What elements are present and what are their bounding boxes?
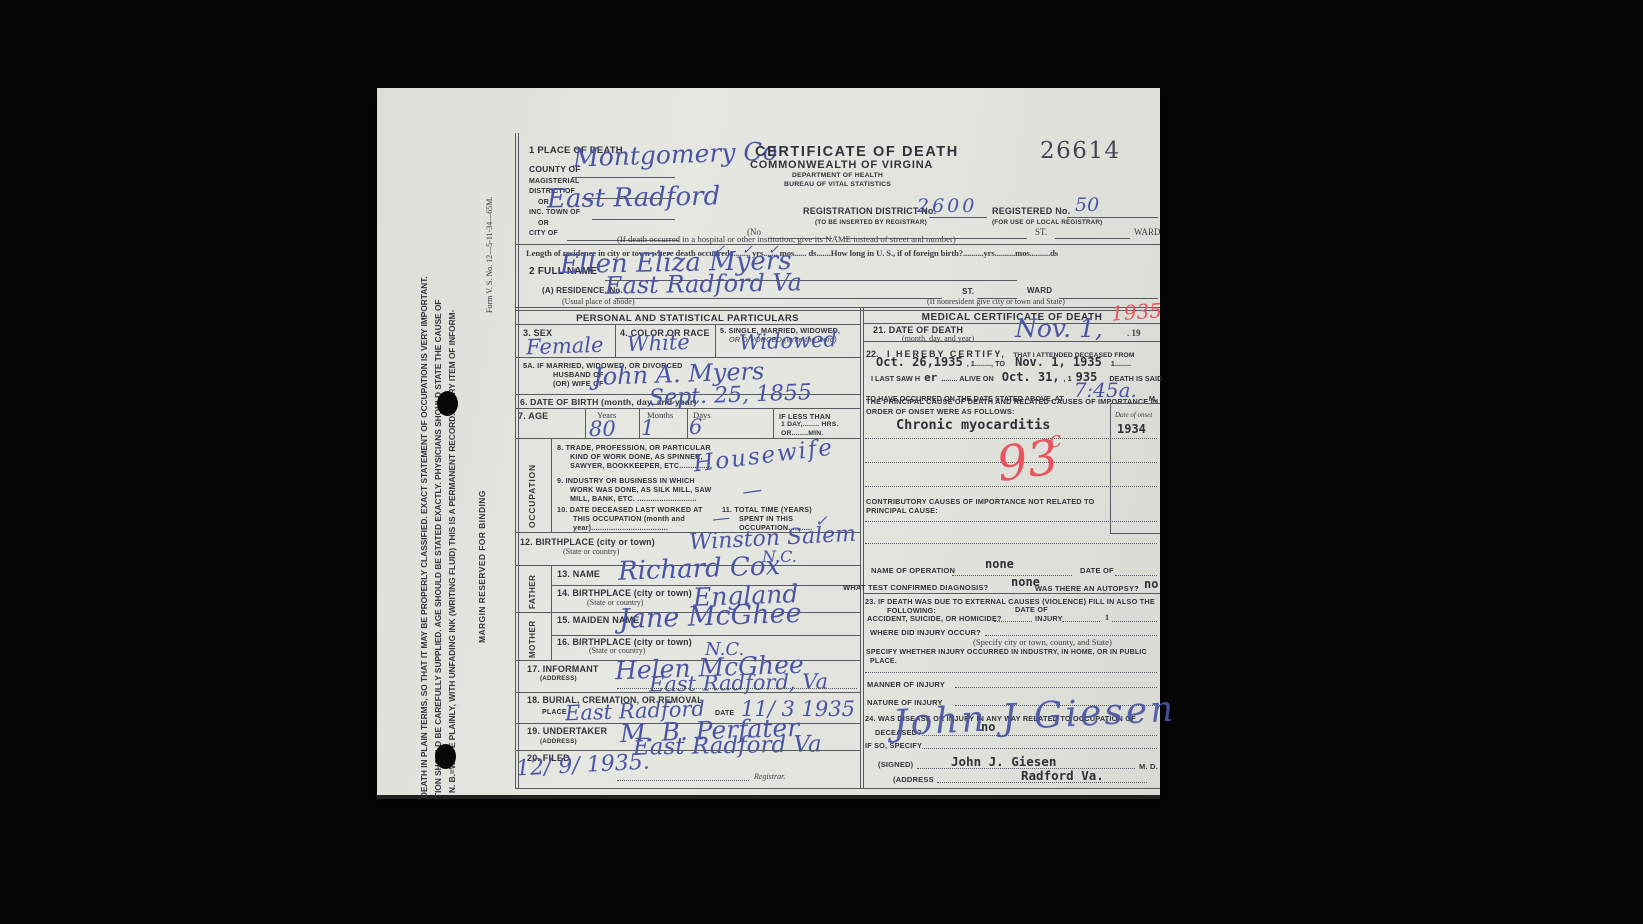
signed-value: John J. Giesen xyxy=(951,754,1056,769)
physician-signature-script: John J Giesen xyxy=(892,689,1177,745)
operation-label: NAME OF OPERATION xyxy=(871,566,955,575)
rule xyxy=(585,408,586,438)
trade-label-1: 8. TRADE, PROFESSION, OR PARTICULAR xyxy=(557,443,711,452)
rule xyxy=(551,565,552,612)
birthplace-note: (State or country) xyxy=(563,547,619,556)
last-worked-value-dash: — xyxy=(711,507,731,530)
hospital-note: (If death occurred in a hospital or othe… xyxy=(617,234,956,244)
mother-bp-note: (State or country) xyxy=(589,646,645,655)
cause-of-death-value: Chronic myocarditis xyxy=(896,417,1050,433)
margin-form-number: Form V. S. No. 12—5-11-34—65M. xyxy=(485,143,494,313)
trade-label-2: KIND OF WORK DONE, AS SPINNER, xyxy=(570,452,703,461)
if-less-label-2: 1 DAY,........ HRS. xyxy=(781,421,839,428)
rule xyxy=(1062,621,1100,622)
margin-nb-line1: N. B.=WRITE PLAINLY, WITH UNFADING INK (… xyxy=(447,288,457,793)
where-injury-note: (Specify city or town, county, and State… xyxy=(973,637,1112,647)
st-label: ST. xyxy=(1035,227,1047,237)
rule xyxy=(551,612,552,660)
age-months-value: 1 xyxy=(641,416,654,440)
death-certificate-scan: Form V. S. No. 12—5-11-34—65M. MARGIN RE… xyxy=(377,88,1160,795)
autopsy-value: no xyxy=(1144,577,1158,591)
total-time-label-1: 11. TOTAL TIME (YEARS) xyxy=(722,505,812,514)
rule xyxy=(572,177,675,178)
rule xyxy=(615,324,616,357)
operation-date-label: DATE OF xyxy=(1080,566,1114,575)
last-worked-label-3: year)................................... xyxy=(573,523,668,532)
father-name-label: 13. NAME xyxy=(557,569,600,579)
rule xyxy=(1115,575,1157,576)
contributory-label-2: PRINCIPAL CAUSE: xyxy=(866,506,938,515)
rule xyxy=(773,408,774,438)
father-vertical-label: FATHER xyxy=(528,569,537,609)
occupation-vertical-label: OCCUPATION xyxy=(527,444,537,528)
undertaker-label: 19. UNDERTAKER xyxy=(527,726,607,736)
specify-injury-label-1: SPECIFY WHETHER INJURY OCCURRED IN INDUS… xyxy=(866,649,1147,656)
registered-no-value: 50 xyxy=(1075,194,1099,216)
rule xyxy=(592,219,675,220)
maiden-name-value: Jane McGhee xyxy=(619,598,803,635)
principal-cause-label-1: THE PRINCIPAL CAUSE OF DEATH AND RELATED… xyxy=(866,397,1158,406)
race-value: White xyxy=(627,330,691,356)
registration-district-value: 2600 xyxy=(917,195,977,217)
rule xyxy=(687,408,688,438)
rule xyxy=(865,543,1157,544)
rule xyxy=(865,672,1157,673)
rule xyxy=(922,748,1157,749)
rule xyxy=(515,788,1160,789)
external-date-of-label: DATE OF xyxy=(1015,605,1048,614)
scan-background: Form V. S. No. 12—5-11-34—65M. MARGIN RE… xyxy=(0,0,1643,924)
rule xyxy=(515,307,1160,308)
onset-label: Date of onset xyxy=(1115,411,1152,419)
industry-label-3: MILL, BANK, ETC. .......................… xyxy=(570,494,697,503)
test-label: WHAT TEST CONFIRMED DIAGNOSIS? xyxy=(843,583,988,592)
bureau-line: BUREAU OF VITAL STATISTICS xyxy=(775,181,900,188)
rule xyxy=(551,438,552,532)
cause-code-sup-red: c xyxy=(1047,427,1063,453)
industry-value-dash: — xyxy=(740,477,763,504)
rule xyxy=(955,687,1157,688)
or-label-2: OR xyxy=(538,220,549,227)
rule xyxy=(843,238,1027,239)
attended-mid-label: , 1........, TO xyxy=(967,359,1005,368)
certificate-title: CERTIFICATE OF DEATH xyxy=(755,144,920,160)
rule xyxy=(515,357,860,358)
where-injury-label: WHERE DID INJURY OCCUR? xyxy=(870,628,981,637)
rule xyxy=(1055,238,1130,239)
trade-label-3: SAWYER, BOOKKEEPER, ETC............... xyxy=(570,461,712,470)
physician-address-label: (ADDRESS xyxy=(893,775,934,784)
industry-label-2: WORK WAS DONE, AS SILK MILL, SAW xyxy=(570,485,712,494)
rule xyxy=(518,133,519,788)
rule xyxy=(769,238,832,239)
rule xyxy=(515,324,860,325)
rule xyxy=(863,341,1160,342)
informant-address-label: (ADDRESS) xyxy=(540,675,577,682)
rule xyxy=(515,750,860,751)
rule xyxy=(617,780,749,781)
signed-label: (SIGNED) xyxy=(878,760,913,769)
punch-hole-top xyxy=(437,391,458,416)
sex-value: Female xyxy=(526,333,604,360)
md-label: M. D. xyxy=(1139,762,1158,771)
mother-vertical-label: MOTHER xyxy=(528,616,537,658)
residence-st-label: ST. xyxy=(962,287,974,296)
rule xyxy=(1110,403,1111,533)
attended-end-label: 1........ xyxy=(1111,359,1131,368)
age-label: 7. AGE xyxy=(518,411,548,421)
physician-address-value: Radford Va. xyxy=(1021,768,1104,783)
date-of-death-printed19: . 19 xyxy=(1127,328,1141,338)
personal-title: PERSONAL AND STATISTICAL PARTICULARS xyxy=(525,313,850,324)
last-worked-label-1: 10. DATE DECEASED LAST WORKED AT xyxy=(557,505,703,514)
last-worked-label-2: THIS OCCUPATION (month and xyxy=(573,514,685,523)
attended-to-value: Nov. 1, 1935 xyxy=(1015,355,1102,369)
rule xyxy=(865,521,1157,522)
date-of-death-value: Nov. 1, xyxy=(1015,314,1103,343)
rule xyxy=(1110,533,1160,534)
department-line: DEPARTMENT OF HEALTH xyxy=(775,172,900,179)
residence-value: East Radford Va xyxy=(605,268,802,299)
rule xyxy=(515,133,516,788)
rule xyxy=(985,635,1157,636)
abode-note: (Usual place of abode) xyxy=(562,297,635,306)
rule xyxy=(617,688,857,689)
registrar-label: Registrar. xyxy=(754,772,785,781)
marital-value: Widowed xyxy=(739,327,838,354)
rule xyxy=(860,307,861,788)
rule xyxy=(515,244,1160,245)
margin-binding-note: MARGIN RESERVED FOR BINDING xyxy=(477,473,487,643)
specify-injury-label-2: PLACE. xyxy=(870,658,897,665)
onset-value: 1934 xyxy=(1117,422,1146,436)
rule xyxy=(515,310,1160,311)
rule xyxy=(863,307,864,788)
residence-ward-label: WARD xyxy=(1027,286,1052,295)
principal-cause-label-2: ORDER OF ONSET WERE AS FOLLOWS: xyxy=(866,407,1015,416)
margin-nb-line2: TION SHOULD BE CAREFULLY SUPPLIED. AGE S… xyxy=(433,293,443,798)
rule xyxy=(929,217,987,218)
medical-title: MEDICAL CERTIFICATE OF DEATH xyxy=(877,312,1147,323)
commonwealth-subtitle: COMMONWEALTH OF VIRGINA xyxy=(750,159,925,171)
attended-from-value: Oct. 26,1935 xyxy=(876,355,963,369)
rule xyxy=(715,324,716,357)
certificate-number-stamp: 26614 xyxy=(1040,138,1121,164)
ward-label: WARD xyxy=(1134,227,1161,237)
date-of-death-year-red: 1935 xyxy=(1110,298,1162,325)
undertaker-address-label: (ADDRESS) xyxy=(540,738,577,745)
rule xyxy=(639,408,640,438)
contributory-label-1: CONTRIBUTORY CAUSES OF IMPORTANCE NOT RE… xyxy=(866,497,1094,506)
rule xyxy=(1110,403,1160,404)
operation-value: none xyxy=(985,557,1014,571)
injury-label: INJURY xyxy=(1035,614,1063,623)
industry-label-1: 9. INDUSTRY OR BUSINESS IN WHICH xyxy=(557,476,695,485)
external-causes-label-1: 23. IF DEATH WAS DUE TO EXTERNAL CAUSES … xyxy=(865,597,1155,606)
city-of-label: CITY OF xyxy=(529,230,558,237)
comma-separator: , xyxy=(835,229,837,239)
local-registrar-note: (FOR USE OF LOCAL REGISTRAR) xyxy=(992,219,1102,226)
burial-place-label: PLACE xyxy=(542,709,567,716)
age-days-value: 6 xyxy=(689,415,702,439)
if-less-label-1: IF LESS THAN xyxy=(779,412,831,421)
informant-label: 17. INFORMANT xyxy=(527,664,599,674)
nonresident-note: (If nonresident give city or town and St… xyxy=(927,297,1065,306)
total-time-label-2: SPENT IN THIS xyxy=(739,514,793,523)
undertaker-address-value: East Radford Va xyxy=(633,731,822,760)
no-label: (No xyxy=(747,227,761,237)
birthplace-label: 12. BIRTHPLACE (city or town) xyxy=(520,537,655,547)
autopsy-label: WAS THERE AN AUTOPSY? xyxy=(1035,584,1139,593)
manner-of-injury-label: MANNER OF INJURY xyxy=(867,680,945,689)
town-value-handwriting: East Radford xyxy=(547,181,721,214)
rule xyxy=(515,692,860,693)
rule xyxy=(1112,621,1157,622)
punch-hole-bottom xyxy=(435,744,456,769)
registered-no-label: REGISTERED No. xyxy=(992,206,1070,216)
rule xyxy=(994,621,1032,622)
dob-value: Sept. 25, 1855 xyxy=(649,380,813,411)
trade-value: Housewife xyxy=(692,434,835,477)
county-value-handwriting: Montgomery Co xyxy=(573,136,778,172)
injury-one-printed: 1 xyxy=(1105,613,1109,622)
rule xyxy=(551,635,860,636)
father-bp-label: 14. BIRTHPLACE (city or town) xyxy=(557,588,692,598)
margin-nb-line3: DEATH IN PLAIN TERMS, SO THAT IT MAY BE … xyxy=(419,293,429,798)
accident-label: ACCIDENT, SUICIDE, OR HOMICIDE? xyxy=(867,614,1002,623)
registrar-insert-note: (TO BE INSERTED BY REGISTRAR) xyxy=(815,219,927,226)
rule xyxy=(1067,217,1158,218)
rule xyxy=(863,593,1160,594)
